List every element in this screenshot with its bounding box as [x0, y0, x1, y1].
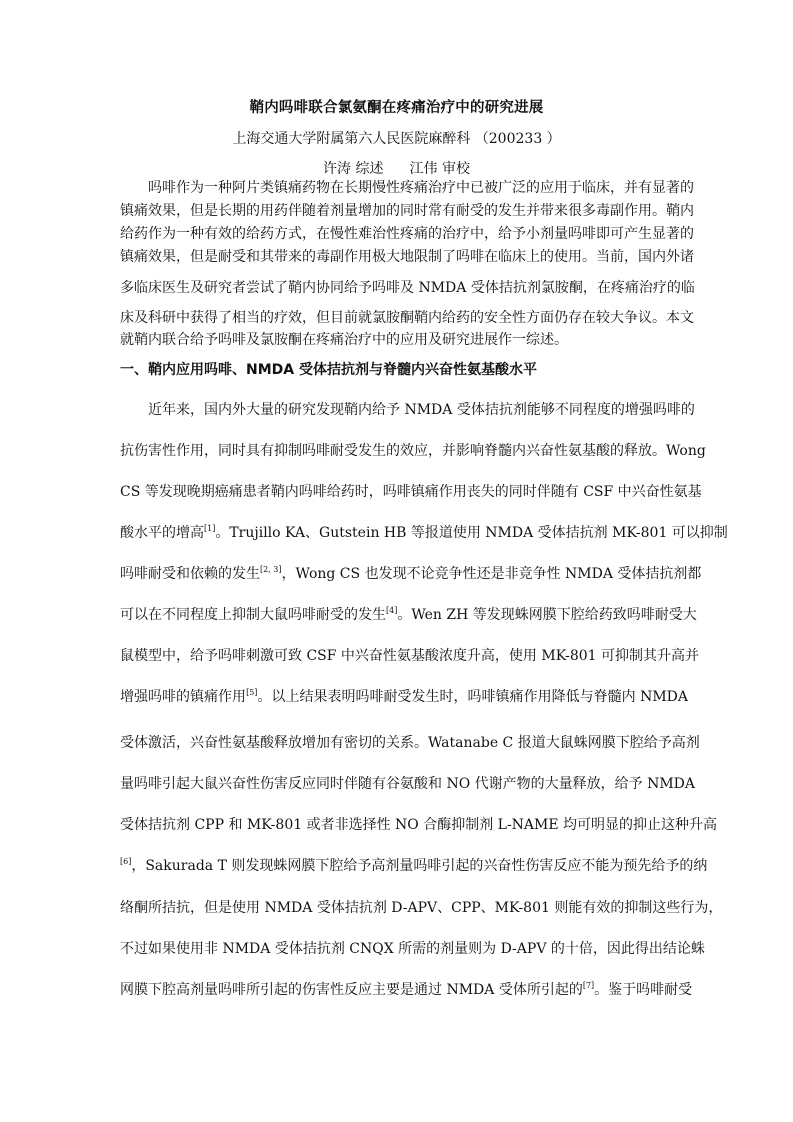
body-line: 量吗啡引起大鼠兴奋性伤害反应同时伴随有谷氨酸和 NO 代谢产物的大量释放，给予 … — [120, 774, 688, 794]
body-line: 吗啡耐受和依赖的发生[2, 3]，Wong CS 也发现不论竞争性还是非竞争性 … — [120, 564, 688, 584]
section-heading: 一、鞘内应用吗啡、NMDA 受体拮抗剂与脊髓内兴奋性氨基酸水平 — [120, 359, 537, 379]
author-line: 许涛 综述江伟 审校 — [0, 158, 793, 178]
citation-ref: [7] — [583, 981, 594, 990]
body-line: [6]，Sakurada T 则发现蛛网膜下腔给予高剂量吗啡引起的兴奋性伤害反应… — [120, 856, 688, 876]
body-line: 不过如果使用非 NMDA 受体拮抗剂 CNQX 所需的剂量则为 D-APV 的十… — [120, 939, 688, 959]
affiliation: 上海交通大学附属第六人民医院麻醉科 （200233 ） — [0, 128, 793, 148]
body-line: 可以在不同程度上抑制大鼠吗啡耐受的发生[4]。Wen ZH 等发现蛛网膜下腔给药… — [120, 605, 688, 625]
body-line: 网膜下腔高剂量吗啡所引起的伤害性反应主要是通过 NMDA 受体所引起的[7]。鉴… — [120, 980, 688, 1000]
abstract-line: 吗啡作为一种阿片类镇痛药物在长期慢性疼痛治疗中已被广泛的应用于临床，并有显著的 — [120, 178, 688, 198]
citation-ref: [1] — [204, 524, 215, 533]
paper-title: 鞘内吗啡联合氯氨酮在疼痛治疗中的研究进展 — [0, 96, 793, 117]
abstract-line: 多临床医生及研究者尝试了鞘内协同给予吗啡及 NMDA 受体拮抗剂氯胺酮，在疼痛治… — [120, 278, 688, 298]
abstract-line: 镇痛效果，但是长期的用药伴随着剂量增加的同时常有耐受的发生并带来很多毒副作用。鞘… — [120, 201, 688, 221]
abstract-line: 给药作为一种有效的给药方式，在慢性难治性疼痛的治疗中，给予小剂量吗啡即可产生显著… — [120, 224, 688, 244]
body-line: 受体激活，兴奋性氨基酸释放增加有密切的关系。Watanabe C 报道大鼠蛛网膜… — [120, 733, 688, 753]
author: 许涛 综述 — [323, 161, 383, 177]
abstract-line: 床及科研中获得了相当的疗效，但目前就氯胺酮鞘内给药的安全性方面仍存在较大争议。本… — [120, 308, 688, 328]
body-line: 络酮所拮抗，但是使用 NMDA 受体拮抗剂 D-APV、CPP、MK-801 则… — [120, 898, 688, 918]
citation-ref: [4] — [386, 606, 397, 615]
body-line: 鼠模型中，给予吗啡刺激可致 CSF 中兴奋性氨基酸浓度升高，使用 MK-801 … — [120, 646, 688, 666]
citation-ref: [5] — [246, 688, 257, 697]
body-line: 近年来，国内外大量的研究发现鞘内给予 NMDA 受体拮抗剂能够不同程度的增强吗啡… — [120, 400, 688, 420]
body-line: 抗伤害性作用，同时具有抑制吗啡耐受发生的效应，并影响脊髓内兴奋性氨基酸的释放。W… — [120, 441, 688, 461]
body-line: 受体拮抗剂 CPP 和 MK-801 或者非选择性 NO 合酶抑制剂 L-NAM… — [120, 815, 688, 835]
body-line: 增强吗啡的镇痛作用[5]。以上结果表明吗啡耐受发生时，吗啡镇痛作用降低与脊髓内 … — [120, 687, 688, 707]
abstract-line: 镇痛效果，但是耐受和其带来的毒副作用极大地限制了吗啡在临床上的使用。当前，国内外… — [120, 247, 688, 267]
document-page: 鞘内吗啡联合氯氨酮在疼痛治疗中的研究进展 上海交通大学附属第六人民医院麻醉科 （… — [0, 0, 793, 1122]
body-line: 酸水平的增高[1]。Trujillo KA、Gutstein HB 等报道使用 … — [120, 523, 688, 543]
body-line: CS 等发现晚期癌痛患者鞘内吗啡给药时，吗啡镇痛作用丧失的同时伴随有 CSF 中… — [120, 482, 688, 502]
reviewer: 江伟 审校 — [410, 161, 470, 177]
citation-ref: [6] — [120, 857, 131, 866]
citation-ref: [2, 3] — [260, 565, 282, 574]
abstract-line: 就鞘内联合给予吗啡及氯胺酮在疼痛治疗中的应用及研究进展作一综述。 — [120, 330, 688, 350]
